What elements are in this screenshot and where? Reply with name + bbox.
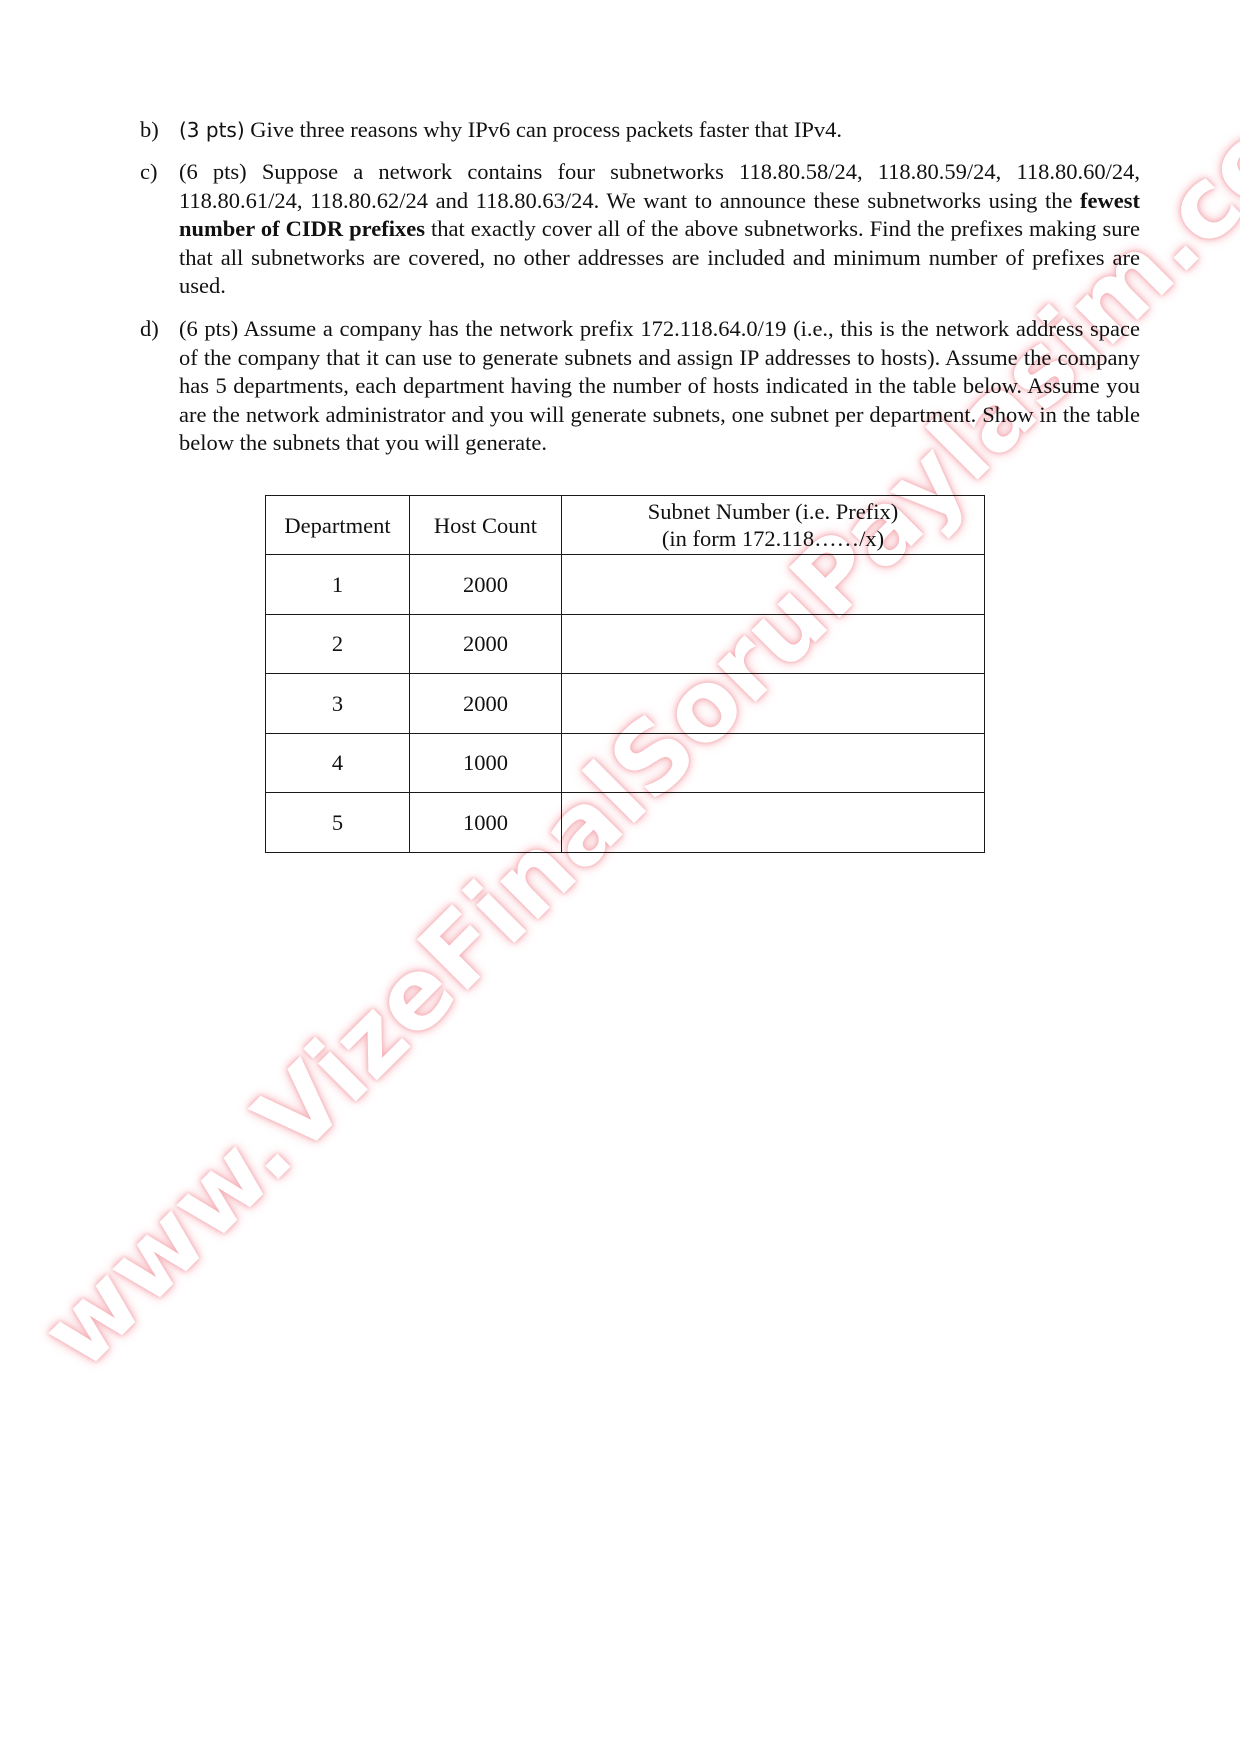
question-points: (6 pts) xyxy=(179,316,238,341)
cell-department: 4 xyxy=(266,733,410,793)
cell-host-count: 2000 xyxy=(410,614,562,674)
question-label: b) xyxy=(140,116,180,145)
table-header-row: Department Host Count Subnet Number (i.e… xyxy=(266,496,985,555)
question-points: (3 pts) xyxy=(179,118,245,142)
question-b: b) (3 pts) Give three reasons why IPv6 c… xyxy=(140,116,1140,145)
cell-subnet-answer[interactable] xyxy=(562,614,985,674)
question-text: Suppose a network contains four subnetwo… xyxy=(179,159,1140,213)
subnet-table: Department Host Count Subnet Number (i.e… xyxy=(265,495,985,853)
question-text: Give three reasons why IPv6 can process … xyxy=(245,117,842,142)
cell-host-count: 2000 xyxy=(410,674,562,734)
question-points: (6 pts) xyxy=(179,159,247,184)
header-department: Department xyxy=(266,496,410,555)
cell-host-count: 1000 xyxy=(410,733,562,793)
cell-department: 5 xyxy=(266,793,410,853)
table-row: 3 2000 xyxy=(266,674,985,734)
cell-department: 1 xyxy=(266,555,410,615)
question-d: d) (6 pts) Assume a company has the netw… xyxy=(140,315,1140,458)
table-row: 5 1000 xyxy=(266,793,985,853)
question-label: d) xyxy=(140,315,180,344)
header-subnet-line1: Subnet Number (i.e. Prefix) xyxy=(562,498,984,525)
cell-department: 3 xyxy=(266,674,410,734)
cell-host-count: 1000 xyxy=(410,793,562,853)
cell-subnet-answer[interactable] xyxy=(562,733,985,793)
cell-host-count: 2000 xyxy=(410,555,562,615)
question-label: c) xyxy=(140,158,180,187)
table-row: 1 2000 xyxy=(266,555,985,615)
cell-subnet-answer[interactable] xyxy=(562,793,985,853)
header-host-count: Host Count xyxy=(410,496,562,555)
table-row: 4 1000 xyxy=(266,733,985,793)
question-text: Assume a company has the network prefix … xyxy=(179,316,1140,455)
header-subnet-line2: (in form 172.118……/x) xyxy=(562,525,984,552)
question-body: (6 pts) Suppose a network contains four … xyxy=(179,158,1140,301)
cell-department: 2 xyxy=(266,614,410,674)
document-page: b) (3 pts) Give three reasons why IPv6 c… xyxy=(0,0,1240,1754)
question-body: (3 pts) Give three reasons why IPv6 can … xyxy=(179,116,1140,145)
cell-subnet-answer[interactable] xyxy=(562,555,985,615)
cell-subnet-answer[interactable] xyxy=(562,674,985,734)
question-body: (6 pts) Assume a company has the network… xyxy=(179,315,1140,458)
header-subnet-number: Subnet Number (i.e. Prefix) (in form 172… xyxy=(562,496,985,555)
table-row: 2 2000 xyxy=(266,614,985,674)
question-c: c) (6 pts) Suppose a network contains fo… xyxy=(140,158,1140,301)
